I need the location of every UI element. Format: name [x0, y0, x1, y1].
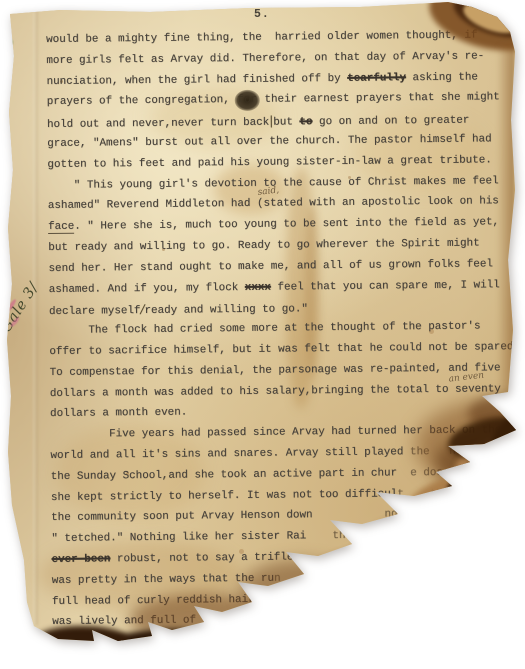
typed-segment: ashamed. And if you, my flock [49, 281, 245, 295]
typed-segment: hold out and never,never turn back [47, 117, 269, 131]
typed-segment: the [306, 530, 352, 542]
typed-segment: t the [397, 487, 449, 500]
typed-segment: " tetched." Nothing like her sister Rai [51, 530, 306, 545]
typed-line: the Sunday School,and she took an active… [51, 462, 525, 488]
typed-segment: ng blow so [319, 508, 450, 521]
typed-segment: more girls felt as Arvay did. Therefore,… [46, 50, 484, 67]
photo-background: 5. would be a mighty fine thing, the har… [0, 0, 525, 669]
typed-segment: send her. Her stand ought to make me, an… [48, 258, 493, 275]
struck-word: to [299, 116, 312, 128]
typed-segment: seventyan even [455, 383, 501, 395]
manuscript-page: 5. would be a mighty fine thing, the har… [0, 0, 525, 669]
typed-line: " tetched." Nothing like her sister Rai … [51, 524, 525, 550]
typed-segment: statedsaid, [263, 198, 302, 210]
typed-line: she kept strictly to herself. It was not… [51, 482, 525, 508]
typed-segment: robust, not to say a trifle [110, 551, 293, 565]
typed-line: was pretty in the ways that the run on h… [52, 566, 525, 592]
typed-segment: To compenstae for this denial, the parso… [50, 362, 501, 379]
typed-segment: The flock had cried some more at the tho… [49, 321, 480, 338]
tan-burn-lobe [248, 626, 340, 656]
typed-segment: feel that you can spare me, I will [271, 279, 500, 293]
char-burn-mark [302, 574, 406, 641]
margin-note-handwritten: Gale 3/ [0, 265, 52, 336]
typed-segment: face [48, 221, 74, 234]
typed-segment: but [273, 117, 299, 129]
typed-segment: nunciation, when the girl had finished o… [46, 72, 347, 87]
typed-segment: grace, "Amens" burst out all over the ch… [47, 133, 492, 150]
typed-segment: was lively and full of chat. [52, 614, 235, 628]
typed-segment: the ntine [410, 445, 482, 458]
typed-segment: offer to sacrifice himself, but it was f… [49, 341, 520, 358]
struck-word: tearfully [347, 72, 406, 85]
struck-word: xxxx [245, 281, 271, 293]
typed-segment: ashamed" Reverend Middleton had ( [48, 198, 264, 212]
typed-segment: but ready and willing to go. Ready to go… [48, 237, 479, 254]
typed-segment: their earnest prayers that she might [258, 92, 500, 107]
typed-line: full head of curly reddish hair [52, 586, 525, 612]
ink-blot-word: for [234, 90, 260, 111]
typed-segment: the Sunday School,and she took an active… [51, 467, 397, 483]
handwritten-note: said, [257, 187, 279, 198]
struck-word: ever been [51, 553, 110, 566]
typed-segment: go on and on to greater [312, 115, 469, 129]
typed-line: the community soon put Arvay Henson down… [51, 503, 525, 529]
typed-segment: full head of curly reddish hair [52, 593, 255, 607]
typed-segment: e dose o [397, 466, 462, 479]
char-burn-mark [331, 515, 460, 603]
typed-segment: Five years had passed since Arvay had tu… [50, 425, 481, 442]
page-number: 5. [254, 8, 270, 21]
typed-segment: world and all it's sins and snares. Arva… [50, 446, 410, 462]
typed-segment: . " Here she is, much too young to be se… [74, 216, 499, 232]
char-burn-mark [230, 610, 354, 664]
typed-segment: the community soon put Arvay Henson down [51, 509, 319, 524]
typed-segment: dollars a month even. [50, 407, 187, 420]
typed-segment: she kept strictly to herself. It was not… [51, 488, 397, 504]
typed-segment: prayers of the congregation, [47, 94, 237, 108]
typed-segment: the [481, 424, 501, 436]
char-burn-mark [108, 629, 248, 659]
typed-segment: n on hap in [274, 571, 379, 584]
crease-line [33, 10, 38, 625]
paper-shadow: 5. would be a mighty fine thing, the har… [0, 0, 525, 669]
green-fleck [7, 38, 13, 47]
typed-text: would be a mighty fine thing, the harrie… [46, 25, 525, 633]
typed-segment: was pretty in the ways that the ru [52, 572, 274, 586]
typed-segment: declare myself [49, 305, 141, 318]
typed-segment: asking the [406, 71, 478, 84]
typed-line: ever been robust, not to say a trifle [51, 545, 525, 571]
typed-line: was lively and full of chat. [52, 607, 525, 633]
typed-segment: dollars a month was added to his salary,… [50, 383, 455, 399]
typed-segment: would be a mighty fine thing, the harrie… [46, 29, 477, 46]
typed-segment: gotten to his feet and paid his young si… [47, 154, 492, 171]
typed-segment: with an apostolic look on his [303, 196, 499, 210]
typed-segment: ready and willing to go." [144, 304, 308, 318]
handwritten-note: an even [448, 371, 484, 384]
